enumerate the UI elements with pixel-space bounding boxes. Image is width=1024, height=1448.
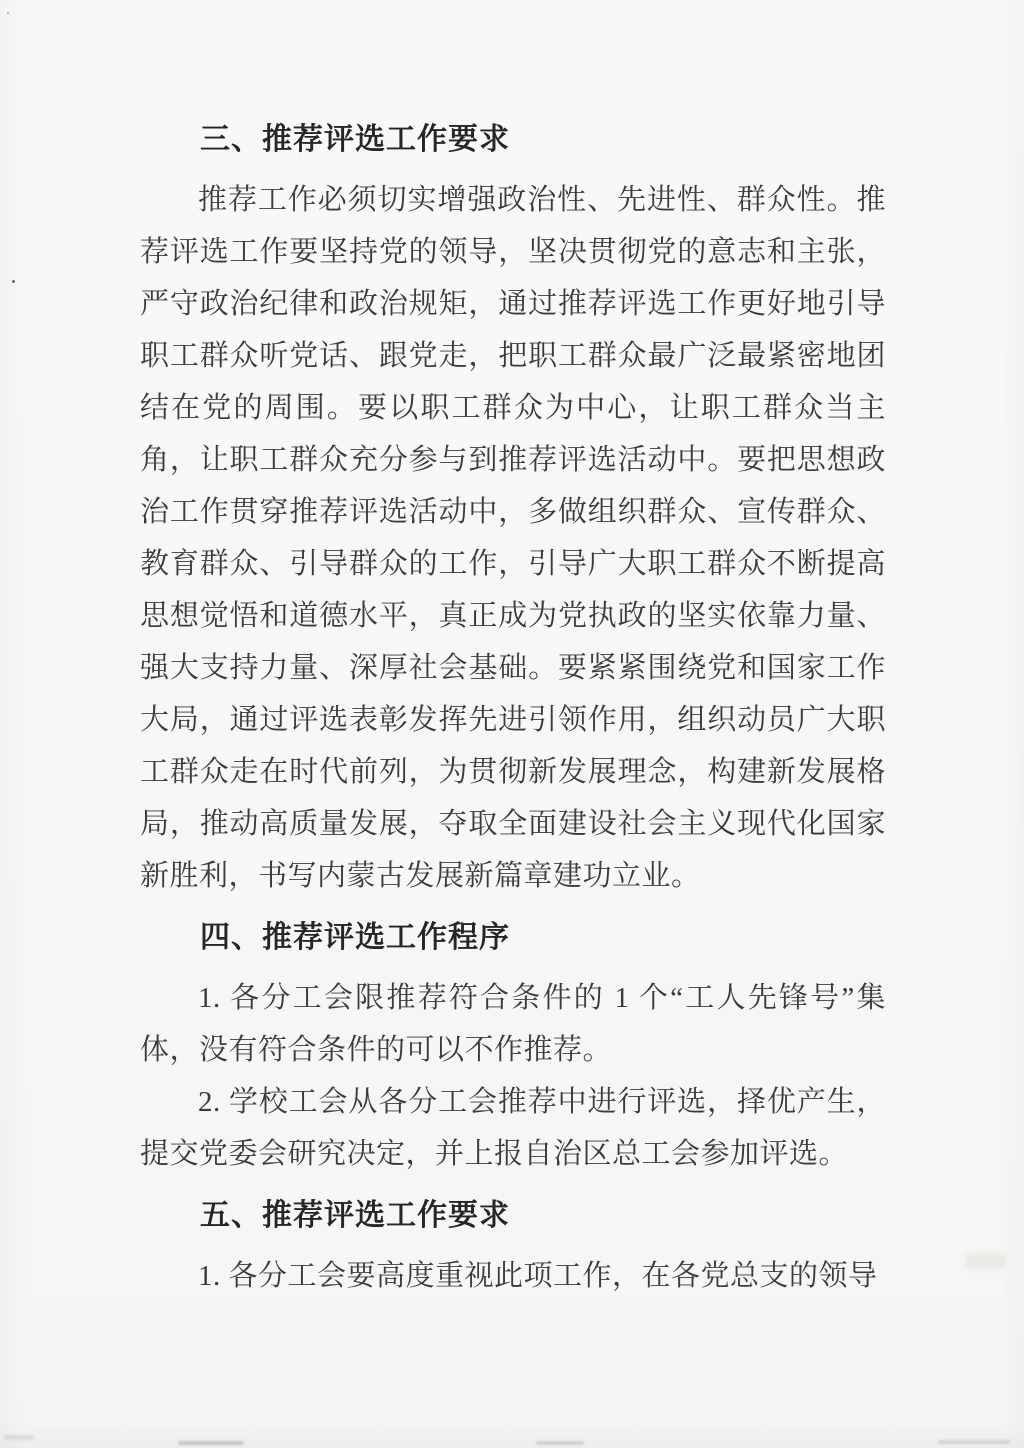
section-heading: 五、推荐评选工作要求 (140, 1190, 886, 1242)
scanned-page: 三、推荐评选工作要求推荐工作必须切实增强政治性、先进性、群众性。推荐评选工作要坚… (0, 0, 1024, 1448)
document-body: 三、推荐评选工作要求推荐工作必须切实增强政治性、先进性、群众性。推荐评选工作要坚… (140, 114, 886, 1302)
section-heading: 四、推荐评选工作程序 (140, 912, 886, 964)
scan-speck (7, 12, 9, 14)
body-paragraph: 推荐工作必须切实增强政治性、先进性、群众性。推荐评选工作要坚持党的领导，坚决贯彻… (140, 174, 886, 902)
body-paragraph: 2. 学校工会从各分工会推荐中进行评选，择优产生，提交党委会研究决定，并上报自治… (140, 1076, 886, 1180)
scan-edge-smudge (536, 1441, 584, 1445)
scan-edge-smudge (966, 1254, 1006, 1268)
section-heading: 三、推荐评选工作要求 (140, 114, 886, 166)
scan-speck (12, 280, 15, 283)
scan-edge-smudge (178, 1441, 244, 1445)
body-paragraph: 1. 各分工会限推荐符合条件的 1 个“工人先锋号”集体，没有符合条件的可以不作… (140, 972, 886, 1076)
scan-edge-smudge (938, 1440, 1010, 1444)
body-paragraph: 1. 各分工会要高度重视此项工作，在各党总支的领导 (140, 1250, 886, 1302)
scan-edge-smudge (4, 1435, 34, 1440)
